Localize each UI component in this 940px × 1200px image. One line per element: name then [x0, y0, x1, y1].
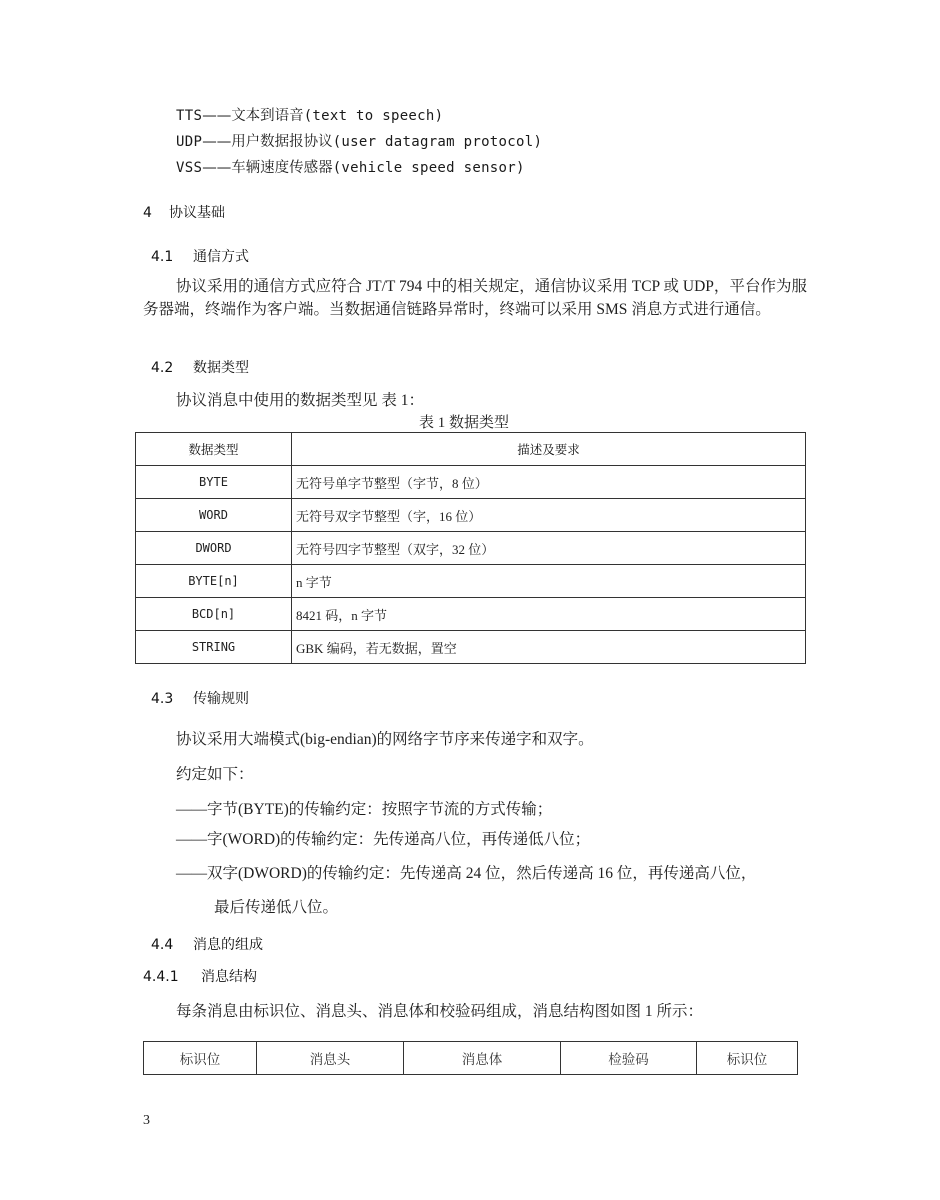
section-heading-4-4-1: 4.4.1消息结构	[143, 966, 257, 986]
section-heading-4-1: 4.1通信方式	[151, 246, 249, 266]
cell-description: 无符号单字节整型（字节，8 位）	[292, 466, 806, 499]
section-title: 数据类型	[193, 360, 249, 376]
table-header-row: 数据类型 描述及要求	[136, 433, 806, 466]
table-row: BYTE 无符号单字节整型（字节，8 位）	[136, 466, 806, 499]
paragraph-byte-order: 协议采用大端模式(big-endian)的网络字节序来传递字和双字。	[176, 727, 594, 749]
section-number: 4.4	[151, 937, 193, 953]
section-title: 消息的组成	[193, 937, 263, 953]
abbreviation-vss: VSS——车辆速度传感器(vehicle speed sensor)	[176, 156, 525, 177]
abbreviation-dash: ——	[202, 134, 231, 150]
section-title: 协议基础	[169, 205, 225, 221]
paragraph-conventions: 约定如下：	[176, 762, 254, 784]
abbreviation-meaning: 车辆速度传感器	[231, 160, 333, 176]
message-structure-row: 标识位 消息头 消息体 检验码 标识位	[144, 1042, 798, 1075]
abbreviation-dash: ——	[202, 160, 231, 176]
rule-byte: ——字节(BYTE)的传输约定：按照字节流的方式传输；	[176, 797, 552, 819]
abbreviation-term: VSS	[176, 160, 202, 176]
message-structure-diagram: 标识位 消息头 消息体 检验码 标识位	[143, 1041, 798, 1075]
table-row: BCD[n] 8421 码，n 字节	[136, 598, 806, 631]
section-heading-4-2: 4.2数据类型	[151, 357, 249, 377]
paragraph-message-structure: 每条消息由标识位、消息头、消息体和校验码组成，消息结构图如图 1 所示：	[176, 999, 703, 1021]
section-title: 消息结构	[201, 969, 257, 985]
cell-description: GBK 编码，若无数据，置空	[292, 631, 806, 664]
abbreviation-english: (user datagram protocol)	[333, 134, 543, 150]
structure-cell-body: 消息体	[404, 1042, 561, 1075]
section-number: 4.1	[151, 249, 193, 265]
cell-type: DWORD	[136, 532, 292, 565]
table-row: DWORD 无符号四字节整型（双字，32 位）	[136, 532, 806, 565]
section-number: 4.2	[151, 360, 193, 376]
table-caption: 表 1 数据类型	[419, 411, 509, 432]
section-title: 通信方式	[193, 249, 249, 265]
table-row: WORD 无符号双字节整型（字，16 位）	[136, 499, 806, 532]
abbreviation-meaning: 文本到语音	[231, 108, 304, 124]
section-title: 传输规则	[193, 691, 249, 707]
cell-description: 无符号双字节整型（字，16 位）	[292, 499, 806, 532]
section-heading-4-4: 4.4消息的组成	[151, 934, 263, 954]
rule-dword-continuation: 最后传递低八位。	[214, 895, 338, 917]
cell-type: BYTE[n]	[136, 565, 292, 598]
abbreviation-meaning: 用户数据报协议	[231, 134, 333, 150]
section-number: 4.4.1	[143, 969, 201, 985]
cell-type: BCD[n]	[136, 598, 292, 631]
table-row: STRING GBK 编码，若无数据，置空	[136, 631, 806, 664]
column-header-type: 数据类型	[136, 433, 292, 466]
structure-cell-checksum: 检验码	[561, 1042, 697, 1075]
cell-description: n 字节	[292, 565, 806, 598]
rule-word: ——字(WORD)的传输约定：先传递高八位，再传递低八位；	[176, 827, 590, 849]
abbreviation-english: (text to speech)	[304, 108, 444, 124]
cell-type: STRING	[136, 631, 292, 664]
abbreviation-tts: TTS——文本到语音(text to speech)	[176, 104, 443, 125]
data-types-table: 数据类型 描述及要求 BYTE 无符号单字节整型（字节，8 位） WORD 无符…	[135, 432, 806, 664]
page-number: 3	[143, 1113, 150, 1129]
cell-type: BYTE	[136, 466, 292, 499]
paragraph-data-types-intro: 协议消息中使用的数据类型见 表 1：	[176, 388, 424, 410]
abbreviation-udp: UDP——用户数据报协议(user datagram protocol)	[176, 130, 542, 151]
table-row: BYTE[n] n 字节	[136, 565, 806, 598]
section-heading-4-3: 4.3传输规则	[151, 688, 249, 708]
abbreviation-term: TTS	[176, 108, 202, 124]
column-header-description: 描述及要求	[292, 433, 806, 466]
structure-cell-start-flag: 标识位	[144, 1042, 257, 1075]
cell-description: 无符号四字节整型（双字，32 位）	[292, 532, 806, 565]
abbreviation-term: UDP	[176, 134, 202, 150]
structure-cell-header: 消息头	[257, 1042, 404, 1075]
cell-description: 8421 码，n 字节	[292, 598, 806, 631]
cell-type: WORD	[136, 499, 292, 532]
abbreviation-english: (vehicle speed sensor)	[333, 160, 525, 176]
section-number: 4	[143, 205, 169, 221]
abbreviation-dash: ——	[202, 108, 231, 124]
structure-cell-end-flag: 标识位	[697, 1042, 798, 1075]
section-heading-4: 4协议基础	[143, 202, 225, 222]
rule-dword: ——双字(DWORD)的传输约定：先传递高 24 位，然后传递高 16 位，再传…	[176, 861, 756, 883]
paragraph-communication-method: 协议采用的通信方式应符合 JT/T 794 中的相关规定，通信协议采用 TCP …	[143, 275, 807, 321]
section-number: 4.3	[151, 691, 193, 707]
